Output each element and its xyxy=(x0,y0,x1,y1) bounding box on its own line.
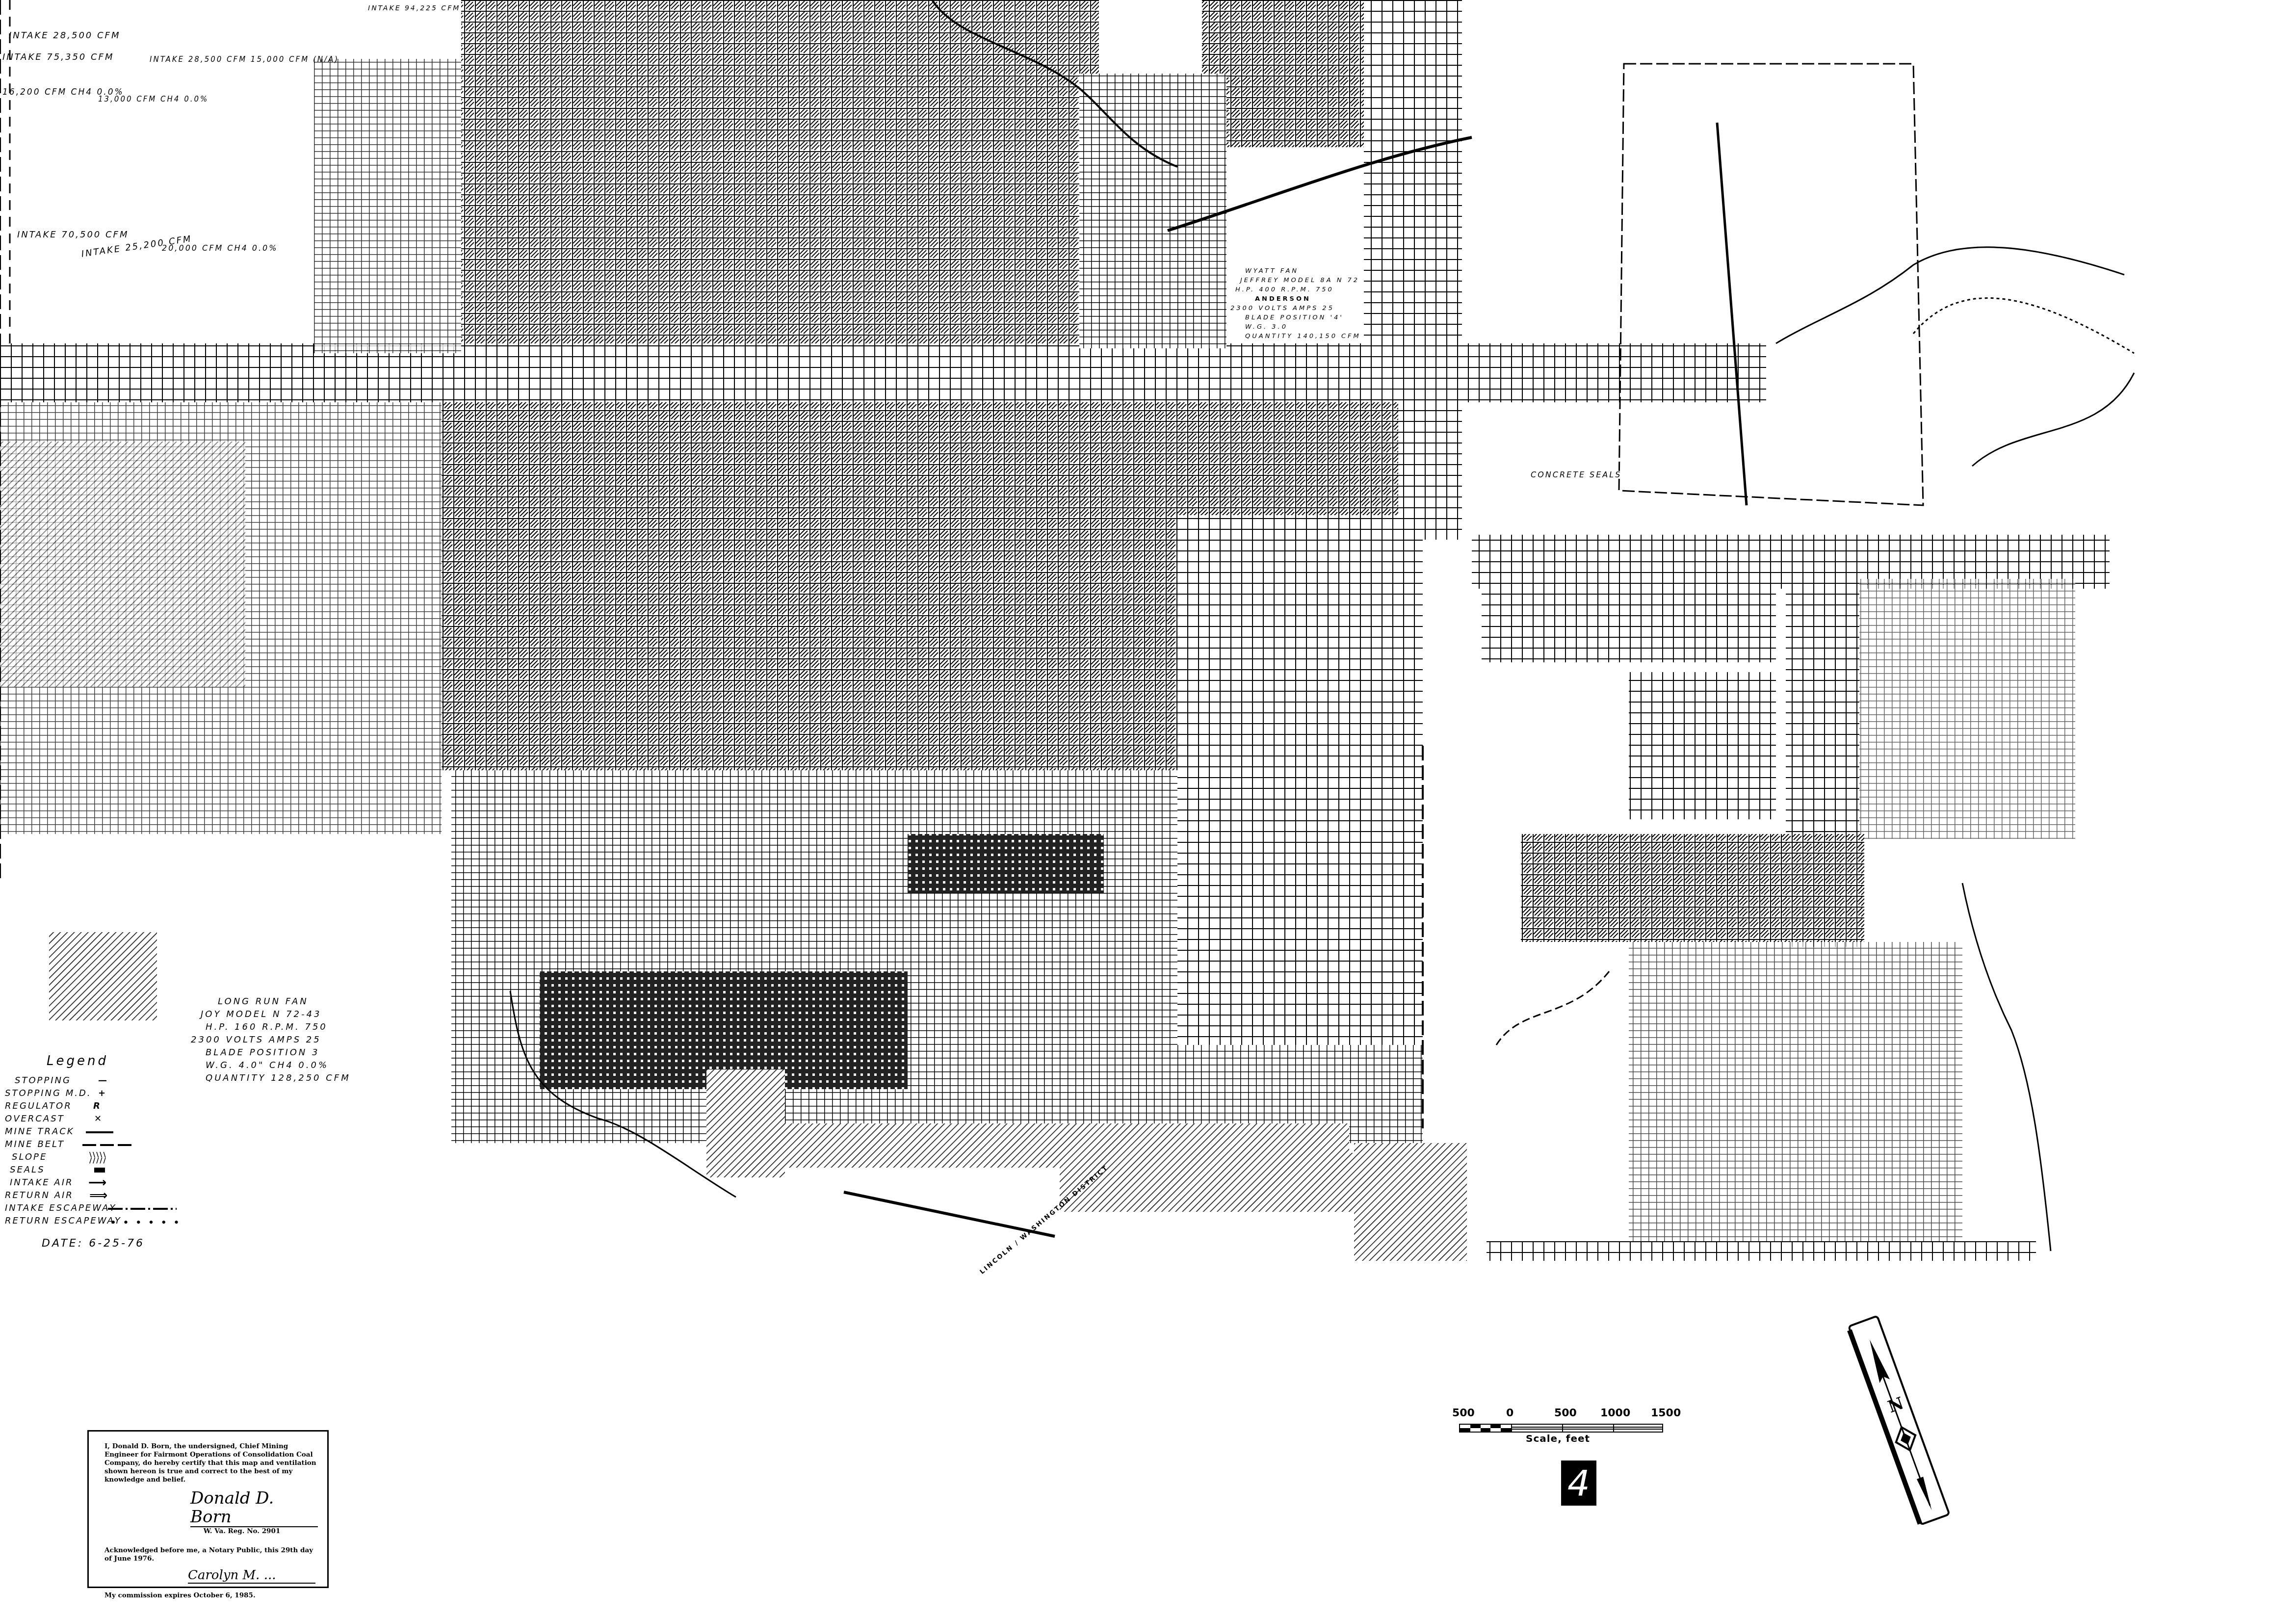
legend-label: Return Air xyxy=(5,1190,74,1200)
legend-item-stopping: Stopping — xyxy=(5,1075,172,1088)
legend-label: Mine Belt xyxy=(5,1139,65,1149)
fan-line: Anderson xyxy=(1255,294,1361,304)
registration-number: W. Va. Reg. No. 2901 xyxy=(178,1527,306,1536)
fan-line: Long Run Fan xyxy=(218,995,351,1008)
annotation-intake: Intake 28,500 cfm 15,000 cfm (N/A) xyxy=(150,56,339,63)
fan-data-long-run: Long Run Fan Joy Model N 72-43 H.P. 160 … xyxy=(199,993,353,1087)
map-legend: Legend Stopping — Stopping M.D. + Regula… xyxy=(5,1054,172,1250)
annotation-intake: Intake 75,350 cfm xyxy=(2,53,114,62)
annotation-concrete-seals: Concrete Seals xyxy=(1531,471,1621,479)
fan-line: W.G. 4.0" CH4 0.0% xyxy=(206,1059,351,1072)
mine-map-sheet: Intake 28,500 cfm Intake 75,350 cfm 16,2… xyxy=(0,0,2296,1617)
fan-line: Blade Position 3 xyxy=(206,1046,351,1059)
sheet-number-badge: 4 xyxy=(1561,1461,1596,1506)
overcast-symbol-icon: ✕ xyxy=(94,1114,103,1124)
legend-label: Regulator xyxy=(5,1101,72,1111)
scale-tick: 500 xyxy=(1452,1407,1475,1419)
annotation-intake: Intake 28,500 cfm xyxy=(9,31,120,40)
fan-line: Wyatt Fan xyxy=(1245,266,1361,276)
certification-statement: I, Donald D. Born, the undersigned, Chie… xyxy=(104,1442,317,1484)
fan-line: H.P. 400 R.P.M. 750 xyxy=(1235,285,1361,294)
plus-symbol-icon: + xyxy=(98,1088,107,1098)
solid-line-icon xyxy=(86,1131,113,1133)
fan-line: Blade Position '4' xyxy=(1245,313,1361,322)
slope-hatch-icon: \\\\\///// xyxy=(89,1152,107,1164)
notary-signature: Carolyn M. ... xyxy=(188,1568,315,1584)
fan-line: Jeffrey Model 8A N 72 xyxy=(1240,276,1361,285)
legend-label: Slope xyxy=(12,1152,47,1162)
stopping-symbol-icon: — xyxy=(98,1075,108,1086)
fan-line: Quantity 128,250 cfm xyxy=(206,1072,351,1085)
legend-label: Intake Escapeway xyxy=(5,1203,116,1213)
fan-line: Quantity 140,150 cfm xyxy=(1245,332,1361,341)
legend-item-regulator: Regulator R xyxy=(5,1101,172,1114)
annotation-intake: Intake 70,500 cfm xyxy=(17,231,129,239)
legend-label: Stopping xyxy=(15,1075,71,1086)
legend-item-stopping-md: Stopping M.D. + xyxy=(5,1088,172,1101)
legend-item-return-air: Return Air ⟹ xyxy=(5,1190,172,1203)
legend-item-mine-belt: Mine Belt xyxy=(5,1139,172,1152)
fan-line: Joy Model N 72-43 xyxy=(201,1008,351,1021)
engineer-certification: I, Donald D. Born, the undersigned, Chie… xyxy=(87,1430,329,1588)
scale-bar: 500 0 500 1000 1500 Scale, feet xyxy=(1437,1407,1673,1441)
dashed-line-icon xyxy=(82,1144,131,1146)
return-double-arrow-icon: ⟹ xyxy=(89,1188,109,1203)
fan-data-wyatt: Wyatt Fan Jeffrey Model 8A N 72 H.P. 400… xyxy=(1234,265,1362,342)
annotation-airflow: 20,000 cfm CH4 0.0% xyxy=(162,244,278,252)
fan-line: 2300 Volts Amps 25 xyxy=(1230,304,1361,313)
scale-bar-graphic xyxy=(1459,1424,1663,1433)
dash-dot-line-icon xyxy=(108,1208,177,1210)
legend-label: Mine Track xyxy=(5,1126,75,1137)
legend-item-overcast: Overcast ✕ xyxy=(5,1114,172,1126)
scale-label: Scale, feet xyxy=(1526,1433,1590,1444)
legend-label: Seals xyxy=(10,1165,45,1175)
fan-line: W.G. 3.0 xyxy=(1245,322,1361,332)
scale-tick: 1000 xyxy=(1600,1407,1630,1419)
legend-label: Return Escapeway xyxy=(5,1216,122,1226)
annotation-airflow: 13,000 cfm CH4 0.0% xyxy=(98,96,209,103)
legend-title: Legend xyxy=(47,1054,172,1069)
fan-line: 2300 Volts Amps 25 xyxy=(191,1034,351,1046)
legend-label: Overcast xyxy=(5,1114,65,1124)
scale-tick: 1500 xyxy=(1651,1407,1681,1419)
dotted-line-icon: • • • • • • xyxy=(110,1218,181,1228)
legend-item-mine-track: Mine Track xyxy=(5,1126,172,1139)
north-arrow-icon: N xyxy=(1840,1305,1957,1531)
legend-item-return-escapeway: Return Escapeway • • • • • • xyxy=(5,1216,172,1228)
seal-bar-icon xyxy=(94,1168,105,1173)
annotation-intake: Intake 94,225 cfm xyxy=(368,5,460,12)
legend-item-intake-air: Intake Air ⟶ xyxy=(5,1177,172,1190)
commission-expiry: My commission expires October 6, 1985. xyxy=(104,1591,317,1600)
notary-acknowledgement: Acknowledged before me, a Notary Public,… xyxy=(104,1546,317,1563)
fan-line: H.P. 160 R.P.M. 750 xyxy=(206,1021,351,1034)
legend-item-intake-escapeway: Intake Escapeway xyxy=(5,1203,172,1216)
scale-tick: 500 xyxy=(1554,1407,1577,1419)
legend-item-slope: Slope \\\\\///// xyxy=(5,1152,172,1165)
engineer-signature: Donald D. Born xyxy=(190,1489,318,1527)
legend-label: Intake Air xyxy=(10,1177,73,1188)
legend-label: Stopping M.D. xyxy=(5,1088,92,1098)
regulator-symbol-icon: R xyxy=(93,1101,102,1111)
scale-tick: 0 xyxy=(1506,1407,1513,1419)
map-date: Date: 6-25-76 xyxy=(42,1237,172,1250)
